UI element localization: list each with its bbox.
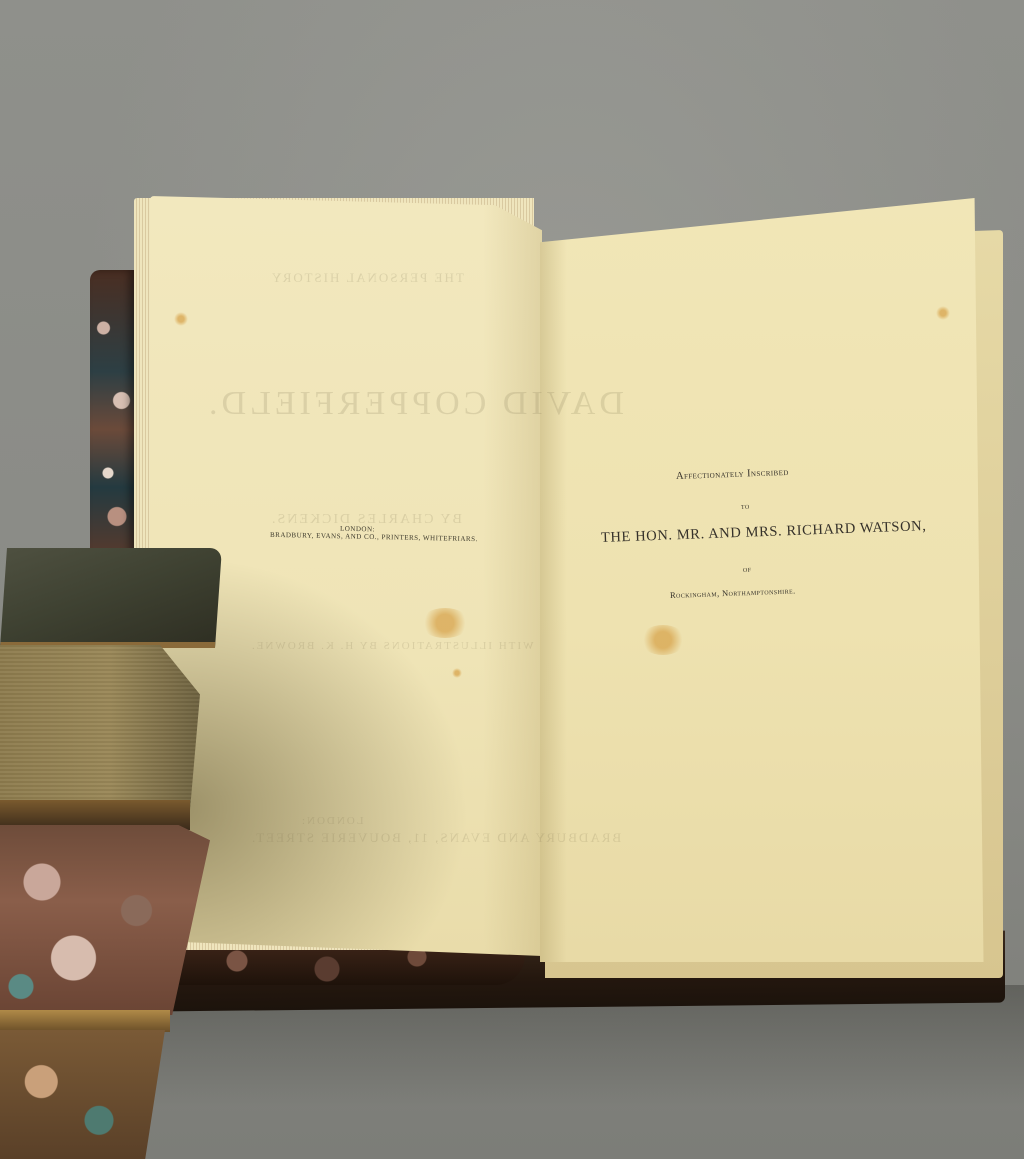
- show-through-book-title: DAVID COPPERFIELD.: [205, 385, 624, 423]
- show-through-title-line: THE PERSONAL HISTORY: [270, 270, 464, 286]
- foreground-book-page-edge: [0, 645, 200, 810]
- foxing-spot: [174, 312, 188, 326]
- dedication-line-to: TO: [741, 505, 750, 511]
- right-page: [540, 198, 988, 962]
- show-through-illustrator: WITH ILLUSTRATIONS BY H. K. BROWNE.: [250, 640, 533, 652]
- dedication-line-of: OF: [743, 568, 752, 574]
- show-through-publisher: BRADBURY AND EVANS, 11, BOUVERIE STREET.: [250, 830, 621, 846]
- marbled-book-spine-behind: [90, 270, 135, 560]
- foxing-spot: [452, 668, 462, 678]
- foxing-spot: [640, 625, 686, 655]
- foxing-spot: [936, 306, 950, 320]
- book-shadow: [150, 985, 1024, 1159]
- foreground-book-board-gilt: [0, 1010, 170, 1032]
- show-through-city: LONDON:: [300, 815, 364, 827]
- foreground-book-lower-marbled-edge: [0, 1030, 165, 1159]
- foxing-spot: [420, 608, 470, 638]
- foreground-book-cover: [0, 548, 222, 648]
